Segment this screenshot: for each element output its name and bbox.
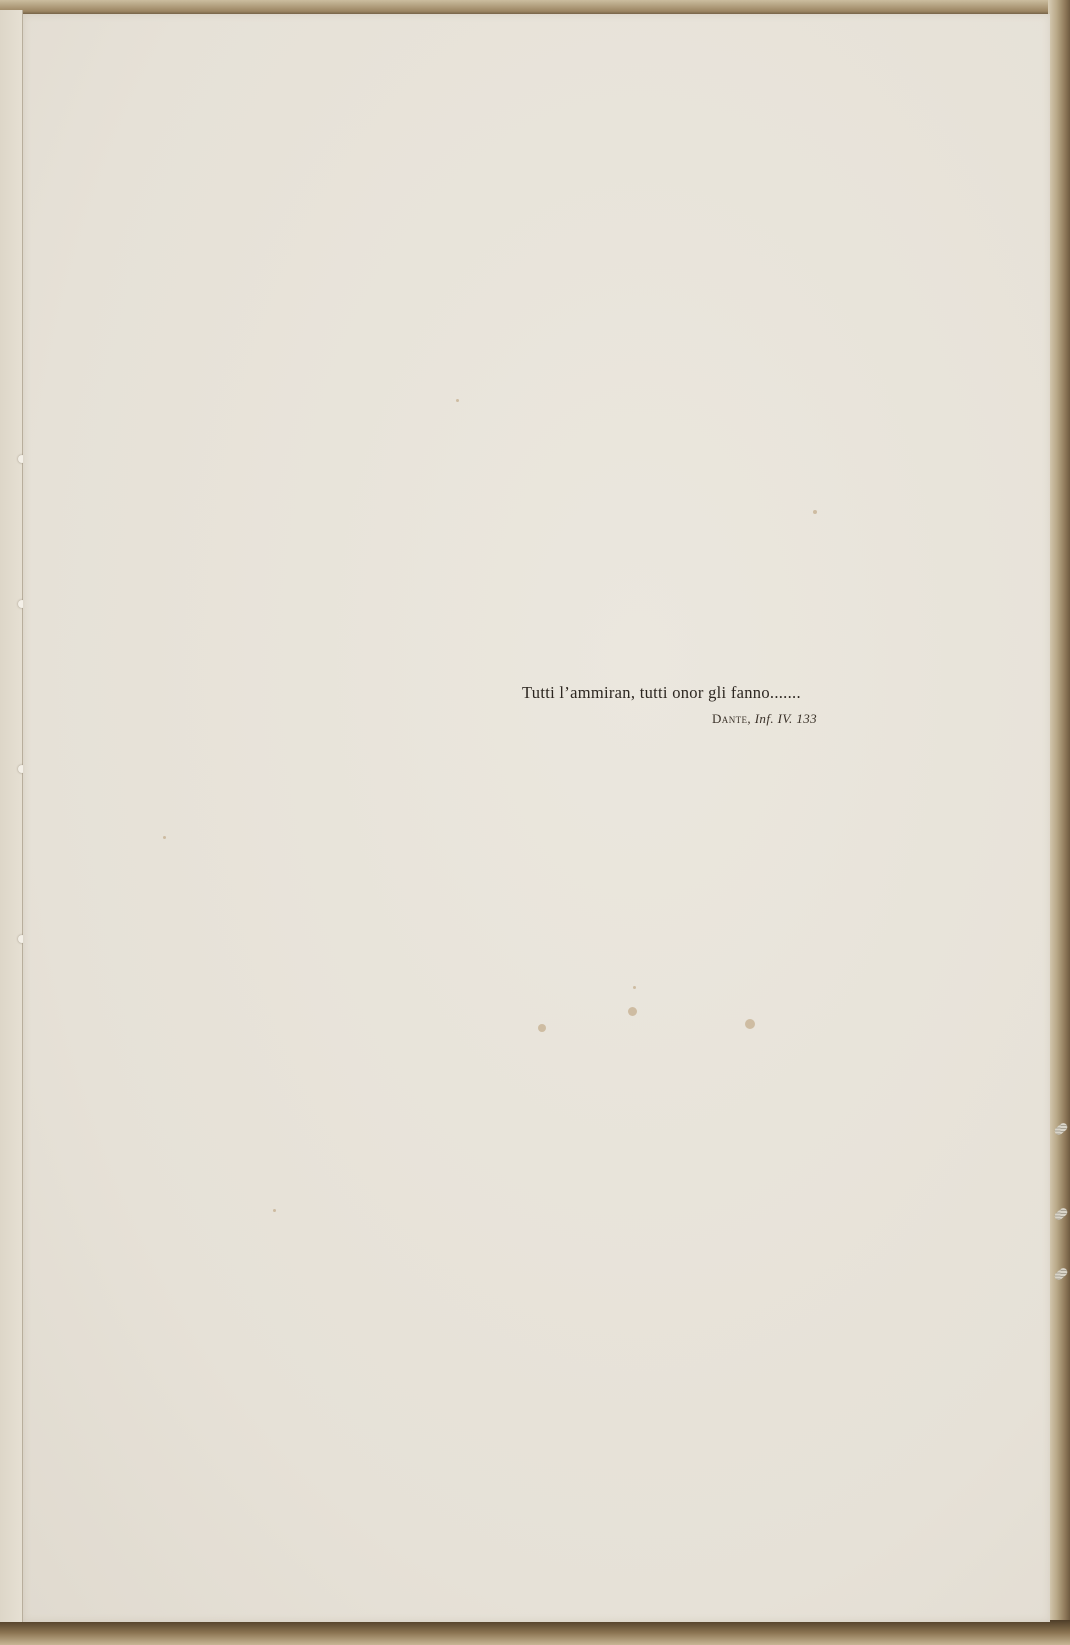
- book-cover-right-edge: [1048, 0, 1070, 1645]
- foxing-spot: [538, 1024, 546, 1032]
- foxing-spot: [456, 399, 459, 402]
- foxing-spot: [628, 1007, 637, 1016]
- foxing-spot: [813, 510, 817, 514]
- foxing-spot: [745, 1019, 755, 1029]
- citation-work: Inf.: [755, 711, 774, 726]
- epigraph-quote: Tutti l’ammiran, tutti onor gli fanno...…: [522, 683, 801, 703]
- book-page: [23, 14, 1050, 1622]
- citation-author: Dante,: [712, 711, 751, 726]
- foxing-spot: [633, 986, 636, 989]
- foxing-spot: [163, 836, 166, 839]
- citation-reference: IV. 133: [778, 711, 817, 726]
- gutter-leaf: [0, 10, 23, 1622]
- epigraph-citation: Dante, Inf. IV. 133: [712, 711, 817, 727]
- foxing-spot: [273, 1209, 276, 1212]
- book-cover-bottom-edge: [0, 1620, 1070, 1645]
